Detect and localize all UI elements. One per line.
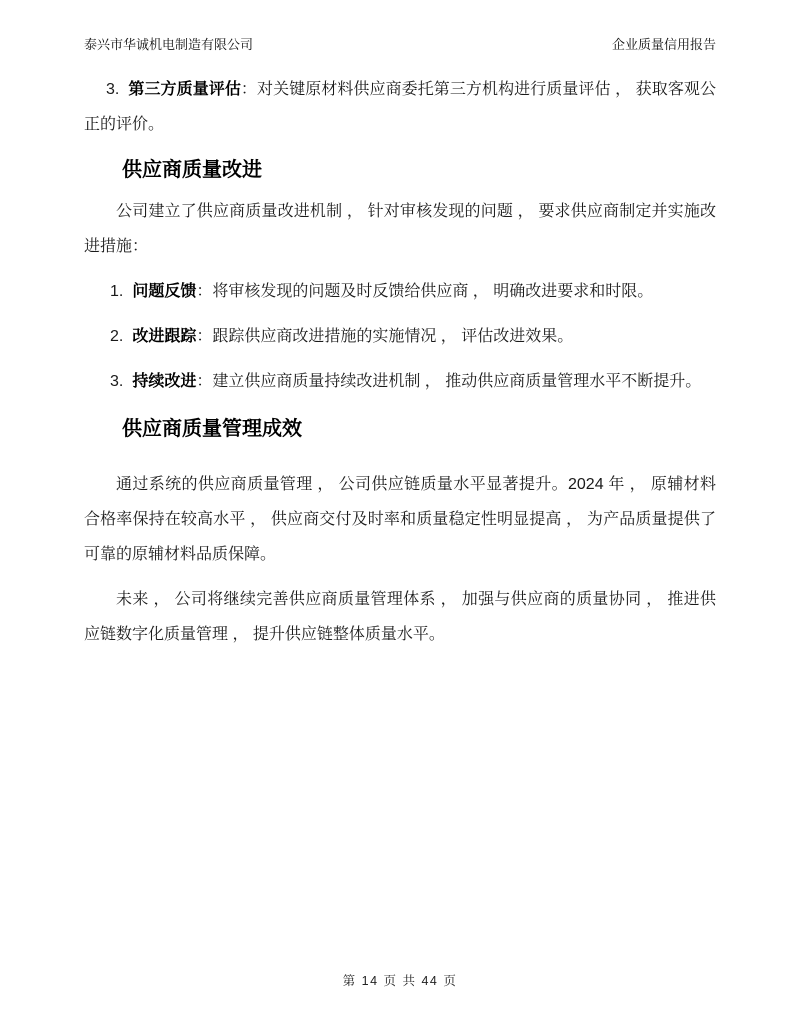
item-number: 3. [106, 81, 128, 98]
list-item-number: 2. [110, 328, 132, 345]
page-number-label: 第 14 页 共 44 页 [343, 974, 458, 988]
document-page: 泰兴市华诚机电制造有限公司 企业质量信用报告 3.第三方质量评估：对关键原材料供… [0, 0, 800, 1035]
list-item: 2.改进跟踪：跟踪供应商改进措施的实施情况 ， 评估改进效果。 [110, 319, 716, 354]
list-item-text: ：跟踪供应商改进措施的实施情况 ， 评估改进效果。 [196, 328, 573, 345]
paragraph-results: 通过系统的供应商质量管理 ， 公司供应链质量水平显著提升。2024 年 ， 原辅… [84, 467, 716, 572]
numbered-item-third-party-evaluation: 3.第三方质量评估：对关键原材料供应商委托第三方机构进行质量评估 ， 获取客观公… [84, 72, 716, 142]
page-footer: 第 14 页 共 44 页 [0, 971, 800, 989]
list-item-number: 3. [110, 373, 132, 390]
section-heading-supplier-quality-improvement: 供应商质量改进 [122, 156, 716, 184]
list-item-term: 问题反馈 [132, 283, 196, 300]
numbered-list: 1.问题反馈：将审核发现的问题及时反馈给供应商 ， 明确改进要求和时限。 2.改… [84, 274, 716, 399]
header-company-name: 泰兴市华诚机电制造有限公司 [84, 36, 253, 54]
page-header: 泰兴市华诚机电制造有限公司 企业质量信用报告 [84, 36, 716, 54]
list-item-text: ：将审核发现的问题及时反馈给供应商 ， 明确改进要求和时限。 [196, 283, 653, 300]
list-item-term: 改进跟踪 [132, 328, 196, 345]
paragraph-improvement-intro: 公司建立了供应商质量改进机制 ， 针对审核发现的问题 ， 要求供应商制定并实施改… [84, 194, 716, 264]
item-term: 第三方质量评估 [128, 81, 241, 98]
list-item-term: 持续改进 [132, 373, 196, 390]
section-heading-supplier-quality-results: 供应商质量管理成效 [122, 415, 716, 443]
header-report-title: 企业质量信用报告 [612, 36, 716, 54]
list-item-number: 1. [110, 283, 132, 300]
list-item: 3.持续改进：建立供应商质量持续改进机制 ， 推动供应商质量管理水平不断提升。 [110, 364, 716, 399]
list-item-text: ：建立供应商质量持续改进机制 ， 推动供应商质量管理水平不断提升。 [196, 373, 701, 390]
paragraph-future-plans: 未来 ， 公司将继续完善供应商质量管理体系 ， 加强与供应商的质量协同 ， 推进… [84, 582, 716, 652]
list-item: 1.问题反馈：将审核发现的问题及时反馈给供应商 ， 明确改进要求和时限。 [110, 274, 716, 309]
document-content: 3.第三方质量评估：对关键原材料供应商委托第三方机构进行质量评估 ， 获取客观公… [84, 72, 716, 652]
